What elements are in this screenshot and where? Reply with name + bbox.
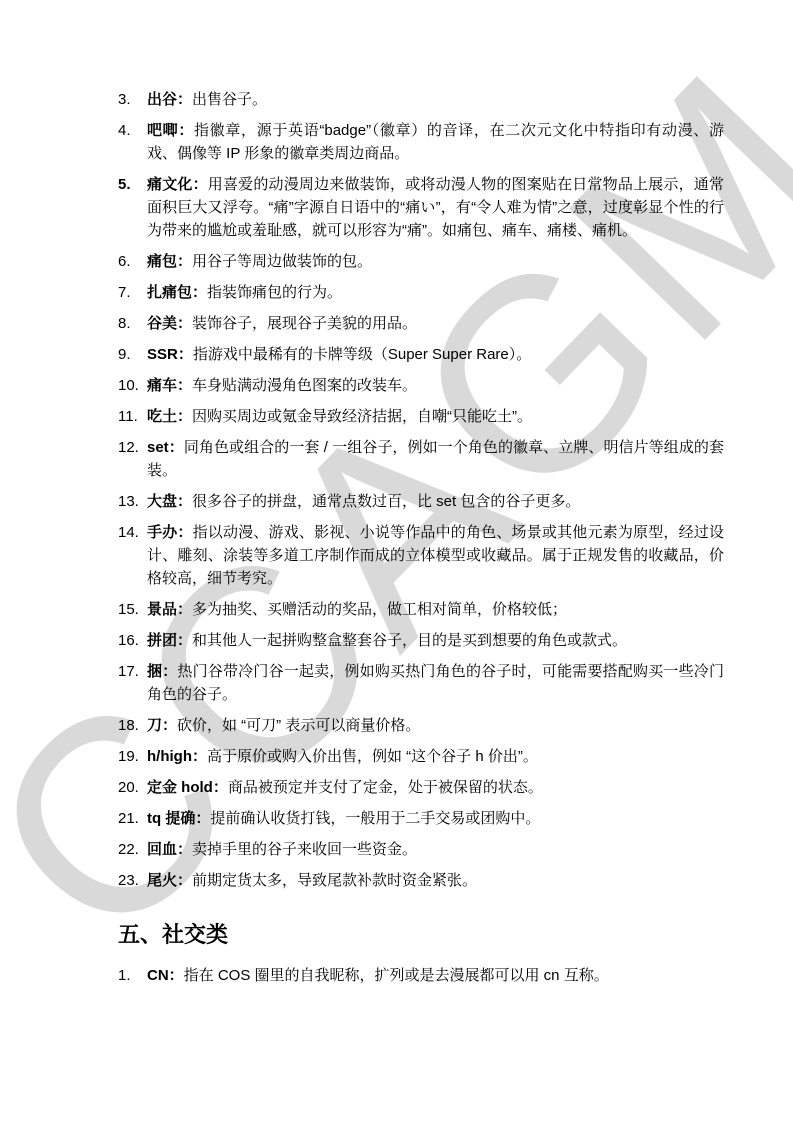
item-text: 痛车：车身贴满动漫角色图案的改装车。 <box>147 374 724 397</box>
item-description: 出售谷子。 <box>192 91 267 108</box>
item-number: 1. <box>118 964 147 987</box>
item-text: 捆：热门谷带冷门谷一起卖，例如购买热门角色的谷子时，可能需要搭配购买一些冷门角色… <box>147 660 724 706</box>
glossary-item: 6. 痛包：用谷子等周边做装饰的包。 <box>118 250 724 273</box>
glossary-item: 14. 手办：指以动漫、游戏、影视、小说等作品中的角色、场景或其他元素为原型，经… <box>118 521 724 590</box>
glossary-item: 23. 尾火：前期定货太多，导致尾款补款时资金紧张。 <box>118 869 724 892</box>
item-description: 卖掉手里的谷子来收回一些资金。 <box>192 841 417 858</box>
section-heading: 五、社交类 <box>118 922 724 948</box>
item-term: 尾火： <box>147 872 192 889</box>
item-term: 吧唧： <box>147 122 194 139</box>
item-term: 痛车： <box>147 377 192 394</box>
item-text: CN：指在 COS 圈里的自我昵称，扩列或是去漫展都可以用 cn 互称。 <box>147 964 724 987</box>
item-number: 19. <box>118 745 147 768</box>
item-description: 指装饰痛包的行为。 <box>207 284 342 301</box>
document-page: CCAGM 3. 出谷：出售谷子。 4. 吧唧：指徽章，源于英语“badge”（… <box>0 0 793 1122</box>
item-number: 13. <box>118 490 147 513</box>
glossary-item: 7. 扎痛包：指装饰痛包的行为。 <box>118 281 724 304</box>
item-term: 捆： <box>147 663 177 680</box>
item-text: 刀：砍价，如 “可刀” 表示可以商量价格。 <box>147 714 724 737</box>
item-description: 指徽章，源于英语“badge”（徽章）的音译，在二次元文化中特指印有动漫、游戏、… <box>147 122 724 162</box>
glossary-item: 12. set：同角色或组合的一套 / 一组谷子，例如一个角色的徽章、立牌、明信… <box>118 436 724 482</box>
item-description: 指以动漫、游戏、影视、小说等作品中的角色、场景或其他元素为原型，经过设计、雕刻、… <box>147 524 724 587</box>
item-number: 7. <box>118 281 147 304</box>
item-number: 23. <box>118 869 147 892</box>
item-term: h/high： <box>147 748 207 765</box>
item-term: 痛文化： <box>147 176 208 193</box>
item-text: set：同角色或组合的一套 / 一组谷子，例如一个角色的徽章、立牌、明信片等组成… <box>147 436 724 482</box>
glossary-item: 21. tq 提确：提前确认收货打钱，一般用于二手交易或团购中。 <box>118 807 724 830</box>
item-text: 扎痛包：指装饰痛包的行为。 <box>147 281 724 304</box>
item-term: 痛包： <box>147 253 192 270</box>
item-term: 吃土： <box>147 408 192 425</box>
item-text: 谷美：装饰谷子，展现谷子美貌的用品。 <box>147 312 724 335</box>
glossary-list: 3. 出谷：出售谷子。 4. 吧唧：指徽章，源于英语“badge”（徽章）的音译… <box>118 88 724 892</box>
item-number: 15. <box>118 598 147 621</box>
item-term: 回血： <box>147 841 192 858</box>
item-text: 出谷：出售谷子。 <box>147 88 724 111</box>
item-term: tq 提确： <box>147 810 210 827</box>
item-description: 商品被预定并支付了定金，处于被保留的状态。 <box>228 779 543 796</box>
item-text: 痛文化：用喜爱的动漫周边来做装饰，或将动漫人物的图案贴在日常物品上展示，通常面积… <box>147 173 724 242</box>
item-number: 17. <box>118 660 147 683</box>
item-description: 装饰谷子，展现谷子美貌的用品。 <box>192 315 417 332</box>
item-description: 很多谷子的拼盘，通常点数过百，比 set 包含的谷子更多。 <box>192 493 580 510</box>
item-term: SSR： <box>147 346 193 363</box>
item-number: 3. <box>118 88 147 111</box>
item-number: 22. <box>118 838 147 861</box>
item-term: 定金 hold： <box>147 779 228 796</box>
item-number: 5. <box>118 173 147 196</box>
item-text: 吧唧：指徽章，源于英语“badge”（徽章）的音译，在二次元文化中特指印有动漫、… <box>147 119 724 165</box>
item-number: 20. <box>118 776 147 799</box>
item-text: SSR：指游戏中最稀有的卡牌等级（Super Super Rare）。 <box>147 343 724 366</box>
item-number: 14. <box>118 521 147 544</box>
item-number: 11. <box>118 405 147 428</box>
glossary-item: 3. 出谷：出售谷子。 <box>118 88 724 111</box>
item-number: 12. <box>118 436 147 459</box>
item-description: 前期定货太多，导致尾款补款时资金紧张。 <box>192 872 477 889</box>
item-text: 吃土：因购买周边或氪金导致经济拮据，自嘲“只能吃土”。 <box>147 405 724 428</box>
item-text: 回血：卖掉手里的谷子来收回一些资金。 <box>147 838 724 861</box>
item-term: CN： <box>147 967 184 984</box>
item-text: 景品：多为抽奖、买赠活动的奖品，做工相对简单，价格较低； <box>147 598 724 621</box>
item-number: 10. <box>118 374 147 397</box>
document-content: 3. 出谷：出售谷子。 4. 吧唧：指徽章，源于英语“badge”（徽章）的音译… <box>118 88 724 995</box>
item-term: 刀： <box>147 717 177 734</box>
social-terms-list: 1. CN：指在 COS 圈里的自我昵称，扩列或是去漫展都可以用 cn 互称。 <box>118 964 724 987</box>
item-term: 扎痛包： <box>147 284 207 301</box>
glossary-item: 9. SSR：指游戏中最稀有的卡牌等级（Super Super Rare）。 <box>118 343 724 366</box>
item-text: 拼团：和其他人一起拼购整盒整套谷子，目的是买到想要的角色或款式。 <box>147 629 724 652</box>
item-description: 指游戏中最稀有的卡牌等级（Super Super Rare）。 <box>193 346 531 363</box>
item-number: 6. <box>118 250 147 273</box>
glossary-item: 1. CN：指在 COS 圈里的自我昵称，扩列或是去漫展都可以用 cn 互称。 <box>118 964 724 987</box>
glossary-item: 20. 定金 hold：商品被预定并支付了定金，处于被保留的状态。 <box>118 776 724 799</box>
item-term: 手办： <box>147 524 193 541</box>
item-description: 车身贴满动漫角色图案的改装车。 <box>192 377 417 394</box>
glossary-item: 4. 吧唧：指徽章，源于英语“badge”（徽章）的音译，在二次元文化中特指印有… <box>118 119 724 165</box>
item-term: 拼团： <box>147 632 192 649</box>
item-text: 尾火：前期定货太多，导致尾款补款时资金紧张。 <box>147 869 724 892</box>
item-description: 因购买周边或氪金导致经济拮据，自嘲“只能吃土”。 <box>192 408 532 425</box>
item-description: 指在 COS 圈里的自我昵称，扩列或是去漫展都可以用 cn 互称。 <box>184 967 609 984</box>
item-text: 大盘：很多谷子的拼盘，通常点数过百，比 set 包含的谷子更多。 <box>147 490 724 513</box>
item-description: 和其他人一起拼购整盒整套谷子，目的是买到想要的角色或款式。 <box>192 632 627 649</box>
glossary-item: 8. 谷美：装饰谷子，展现谷子美貌的用品。 <box>118 312 724 335</box>
item-number: 9. <box>118 343 147 366</box>
glossary-item: 17. 捆：热门谷带冷门谷一起卖，例如购买热门角色的谷子时，可能需要搭配购买一些… <box>118 660 724 706</box>
item-description: 砍价，如 “可刀” 表示可以商量价格。 <box>177 717 420 734</box>
item-description: 多为抽奖、买赠活动的奖品，做工相对简单，价格较低； <box>192 601 567 618</box>
glossary-item: 22. 回血：卖掉手里的谷子来收回一些资金。 <box>118 838 724 861</box>
item-number: 18. <box>118 714 147 737</box>
glossary-item: 19. h/high：高于原价或购入价出售，例如 “这个谷子 h 价出”。 <box>118 745 724 768</box>
item-description: 同角色或组合的一套 / 一组谷子，例如一个角色的徽章、立牌、明信片等组成的套装。 <box>147 439 724 479</box>
item-number: 21. <box>118 807 147 830</box>
glossary-item: 11. 吃土：因购买周边或氪金导致经济拮据，自嘲“只能吃土”。 <box>118 405 724 428</box>
item-description: 高于原价或购入价出售，例如 “这个谷子 h 价出”。 <box>207 748 538 765</box>
item-description: 提前确认收货打钱，一般用于二手交易或团购中。 <box>210 810 540 827</box>
item-text: h/high：高于原价或购入价出售，例如 “这个谷子 h 价出”。 <box>147 745 724 768</box>
item-number: 8. <box>118 312 147 335</box>
item-term: 出谷： <box>147 91 192 108</box>
item-description: 用谷子等周边做装饰的包。 <box>192 253 372 270</box>
item-text: 痛包：用谷子等周边做装饰的包。 <box>147 250 724 273</box>
item-description: 用喜爱的动漫周边来做装饰，或将动漫人物的图案贴在日常物品上展示，通常面积巨大又浮… <box>147 176 724 239</box>
item-text: 手办：指以动漫、游戏、影视、小说等作品中的角色、场景或其他元素为原型，经过设计、… <box>147 521 724 590</box>
item-term: 景品： <box>147 601 192 618</box>
glossary-item: 18. 刀：砍价，如 “可刀” 表示可以商量价格。 <box>118 714 724 737</box>
item-text: tq 提确：提前确认收货打钱，一般用于二手交易或团购中。 <box>147 807 724 830</box>
item-term: 大盘： <box>147 493 192 510</box>
item-term: 谷美： <box>147 315 192 332</box>
glossary-item: 15. 景品：多为抽奖、买赠活动的奖品，做工相对简单，价格较低； <box>118 598 724 621</box>
glossary-item: 5. 痛文化：用喜爱的动漫周边来做装饰，或将动漫人物的图案贴在日常物品上展示，通… <box>118 173 724 242</box>
item-text: 定金 hold：商品被预定并支付了定金，处于被保留的状态。 <box>147 776 724 799</box>
item-number: 16. <box>118 629 147 652</box>
glossary-item: 16. 拼团：和其他人一起拼购整盒整套谷子，目的是买到想要的角色或款式。 <box>118 629 724 652</box>
item-description: 热门谷带冷门谷一起卖，例如购买热门角色的谷子时，可能需要搭配购买一些冷门角色的谷… <box>147 663 724 703</box>
item-term: set： <box>147 439 184 456</box>
glossary-item: 10. 痛车：车身贴满动漫角色图案的改装车。 <box>118 374 724 397</box>
item-number: 4. <box>118 119 147 142</box>
glossary-item: 13. 大盘：很多谷子的拼盘，通常点数过百，比 set 包含的谷子更多。 <box>118 490 724 513</box>
